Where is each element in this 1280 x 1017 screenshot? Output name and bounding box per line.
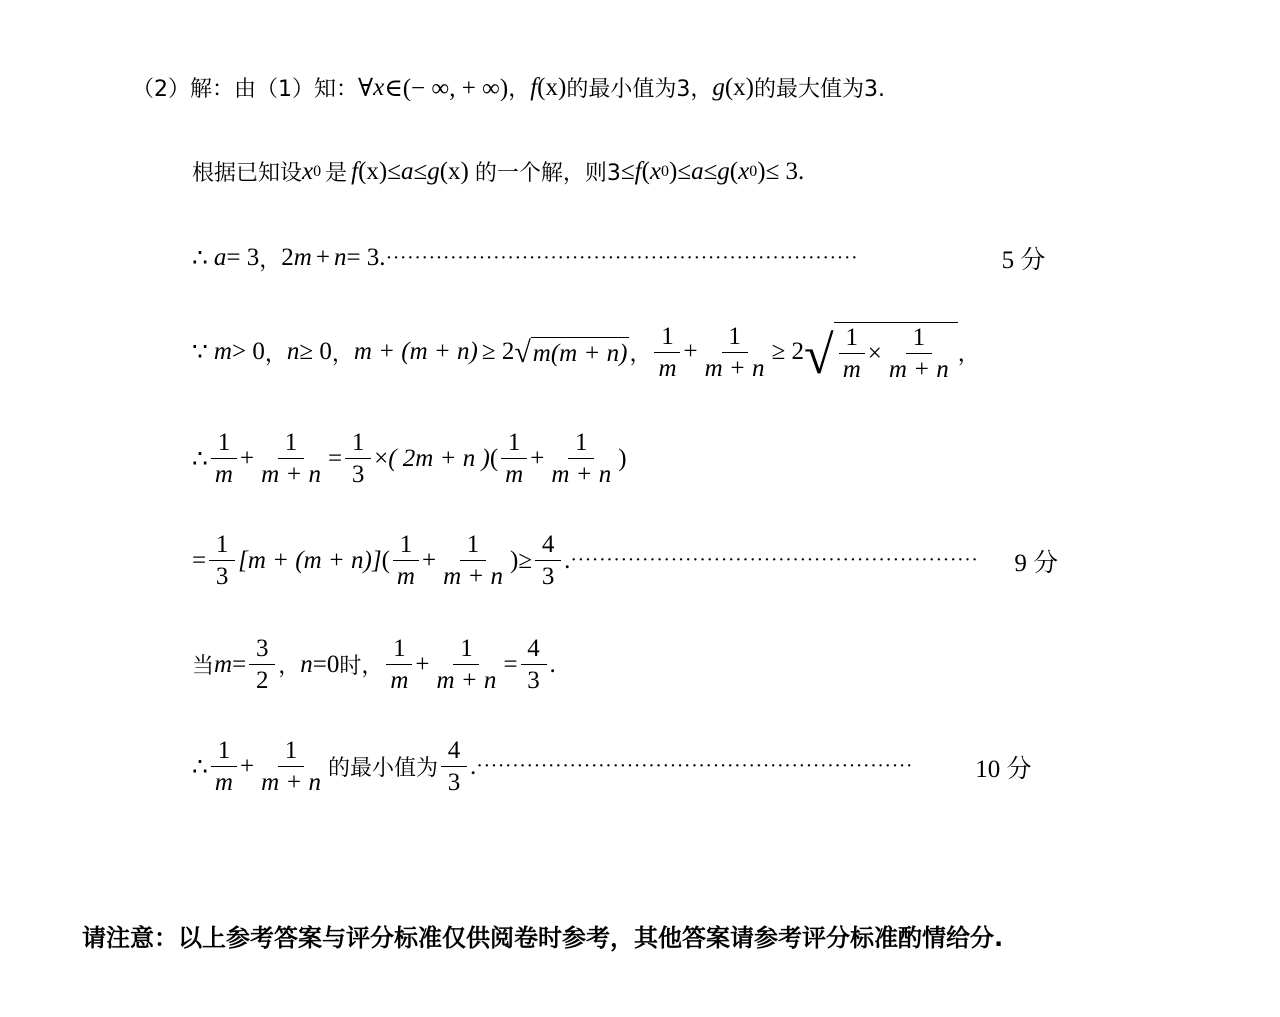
- var-x: x: [373, 74, 384, 102]
- comma: ，: [958, 337, 980, 368]
- ge-2: ≥ 2: [772, 338, 804, 366]
- comma: ，: [629, 337, 651, 368]
- func-f: f: [635, 158, 642, 186]
- var-m: m: [214, 338, 232, 366]
- zero: 0: [327, 651, 340, 679]
- le: ≤: [621, 158, 635, 186]
- gt-0: > 0: [232, 338, 265, 366]
- open-paren: (: [730, 158, 738, 186]
- plus: +: [240, 753, 254, 781]
- plus: +: [316, 244, 330, 272]
- close-paren: ): [669, 158, 677, 186]
- solution-line-8: ∴ 1m + 1m + n 的最小值为 43 . ···············…: [192, 738, 1032, 795]
- close-paren: ): [510, 547, 518, 575]
- var-m: m: [214, 651, 232, 679]
- m-plus-m-n: m + (m + n): [354, 338, 478, 366]
- var-a: a: [401, 158, 414, 186]
- fraction: 1m: [501, 430, 527, 487]
- subscript-0: 0: [749, 163, 757, 181]
- fraction: 1m + n: [701, 324, 769, 381]
- score-9: 9 分: [1014, 543, 1058, 579]
- open-paren: (: [490, 445, 498, 473]
- fraction: 1m: [211, 430, 237, 487]
- fraction: 43: [535, 532, 561, 589]
- part2-prefix: （2）解：由（1）知：: [132, 72, 358, 103]
- line2-prefix: 根据已知设: [192, 156, 302, 187]
- therefore-symbol: ∴: [192, 444, 208, 474]
- score-10: 10 分: [975, 749, 1031, 785]
- ge: ≥: [518, 547, 532, 575]
- func-g: g: [717, 158, 730, 186]
- comma: ，: [278, 649, 300, 680]
- line2-mid: 的一个解，则3: [475, 156, 621, 187]
- equals: =: [313, 651, 327, 679]
- score-leader-dots: ········································…: [570, 549, 1010, 572]
- min-value-text: 的最小值为3: [566, 72, 690, 103]
- fraction: 1m + n: [885, 325, 953, 382]
- fraction: 1m: [393, 532, 419, 589]
- fraction: 1m: [386, 636, 412, 693]
- equals: =: [503, 651, 517, 679]
- times: ×: [868, 340, 882, 368]
- score-leader-dots: ········································…: [476, 755, 971, 778]
- fraction: 13: [209, 532, 235, 589]
- times: ×: [374, 445, 388, 473]
- func-g: g: [427, 158, 440, 186]
- comma: ，: [690, 72, 712, 103]
- open-paren: (: [642, 158, 650, 186]
- sqrt-expression: √ m(m + n): [514, 337, 629, 368]
- eq-3-period: = 3.: [346, 244, 385, 272]
- ge-2: ≥ 2: [482, 338, 514, 366]
- var-n: n: [300, 651, 313, 679]
- sqrt-expression: √ 1m × 1m + n: [804, 322, 958, 382]
- is-text: 是: [325, 156, 347, 187]
- forall-symbol: ∀: [358, 73, 373, 103]
- time-text: 时，: [339, 649, 383, 680]
- le: ≤: [387, 158, 401, 186]
- plus: +: [684, 338, 698, 366]
- var-n: n: [287, 338, 300, 366]
- solution-line-6: = 13 [m + (m + n)] ( 1m + 1m + n ) ≥ 43 …: [192, 532, 1058, 589]
- var-m: m: [294, 244, 312, 272]
- comma: ，: [259, 243, 281, 274]
- two: 2: [281, 244, 294, 272]
- var-a: a: [214, 244, 227, 272]
- fraction: 32: [249, 636, 275, 693]
- equals: =: [232, 651, 246, 679]
- equals: =: [192, 547, 206, 575]
- comma: ，: [508, 72, 530, 103]
- paren-x: (x): [440, 158, 469, 186]
- fraction: 1m + n: [433, 636, 501, 693]
- le: ≤: [413, 158, 427, 186]
- subscript-0: 0: [313, 163, 321, 181]
- paren-x: (x): [358, 158, 387, 186]
- two-m-plus-n: ( 2m + n ): [388, 445, 490, 473]
- fraction: 13: [345, 430, 371, 487]
- fraction: 43: [521, 636, 547, 693]
- fraction: 1m + n: [257, 430, 325, 487]
- interval: ∈(− ∞, + ∞): [384, 73, 508, 103]
- func-f: f: [530, 74, 537, 102]
- close-paren: ): [757, 158, 765, 186]
- solution-line-7: 当 m = 32 ， n = 0 时， 1m + 1m + n = 43 .: [192, 636, 556, 693]
- paren-x: (x): [725, 74, 754, 102]
- min-value-label: 的最小值为: [328, 751, 438, 782]
- score-5: 5 分: [1002, 240, 1046, 276]
- equals: =: [328, 445, 342, 473]
- eq-3: = 3: [226, 244, 259, 272]
- open-paren: (: [382, 547, 390, 575]
- when-text: 当: [192, 649, 214, 680]
- solution-line-5: ∴ 1m + 1m + n = 13 × ( 2m + n ) ( 1m + 1…: [192, 430, 627, 487]
- comma: ，: [265, 337, 287, 368]
- var-x: x: [650, 158, 661, 186]
- score-leader-dots: ········································…: [386, 247, 998, 270]
- fraction: 1m: [211, 738, 237, 795]
- plus: +: [422, 547, 436, 575]
- le: ≤: [704, 158, 718, 186]
- plus: +: [415, 651, 429, 679]
- fraction: 1m: [654, 324, 680, 381]
- func-f: f: [351, 158, 358, 186]
- subscript-0: 0: [661, 163, 669, 181]
- grading-note: 请注意：以上参考答案与评分标准仅供阅卷时参考，其他答案请参考评分标准酌情给分.: [82, 918, 1003, 953]
- sqrt-body: 1m × 1m + n: [834, 322, 958, 382]
- fraction: 43: [441, 738, 467, 795]
- max-value-text: 的最大值为3.: [754, 72, 885, 103]
- var-x0: x: [302, 158, 313, 186]
- fraction: 1m + n: [547, 430, 615, 487]
- therefore-symbol: ∴: [192, 243, 208, 273]
- solution-line-1: （2）解：由（1）知： ∀ x ∈(− ∞, + ∞) ， f (x) 的最小值…: [132, 72, 885, 103]
- close-paren: ): [618, 445, 626, 473]
- radical-sign: √: [804, 322, 834, 382]
- solution-line-4: ∵ m > 0 ， n ≥ 0 ， m + (m + n) ≥ 2 √ m(m …: [192, 322, 980, 382]
- solution-line-2: 根据已知设 x0 是 f(x) ≤a≤ g(x) 的一个解，则3 ≤ f(x0)…: [192, 156, 804, 187]
- sqrt-body: m(m + n): [531, 337, 630, 368]
- le: ≤: [677, 158, 691, 186]
- plus: +: [240, 445, 254, 473]
- solution-line-3: ∴ a = 3 ， 2m + n = 3. ··················…: [192, 240, 1045, 276]
- line2-end: ≤ 3.: [766, 158, 805, 186]
- therefore-symbol: ∴: [192, 752, 208, 782]
- plus: +: [530, 445, 544, 473]
- var-a: a: [691, 158, 704, 186]
- fraction: 1m + n: [257, 738, 325, 795]
- period: .: [550, 651, 556, 679]
- func-g: g: [712, 74, 725, 102]
- fraction: 1m: [839, 325, 865, 382]
- var-x: x: [738, 158, 749, 186]
- var-n: n: [334, 244, 347, 272]
- paren-x: (x): [537, 74, 566, 102]
- because-symbol: ∵: [192, 337, 208, 367]
- comma: ，: [332, 337, 354, 368]
- fraction: 1m + n: [439, 532, 507, 589]
- bracket-expression: [m + (m + n)]: [238, 547, 381, 575]
- radical-sign: √: [514, 337, 530, 368]
- ge-0: ≥ 0: [299, 338, 331, 366]
